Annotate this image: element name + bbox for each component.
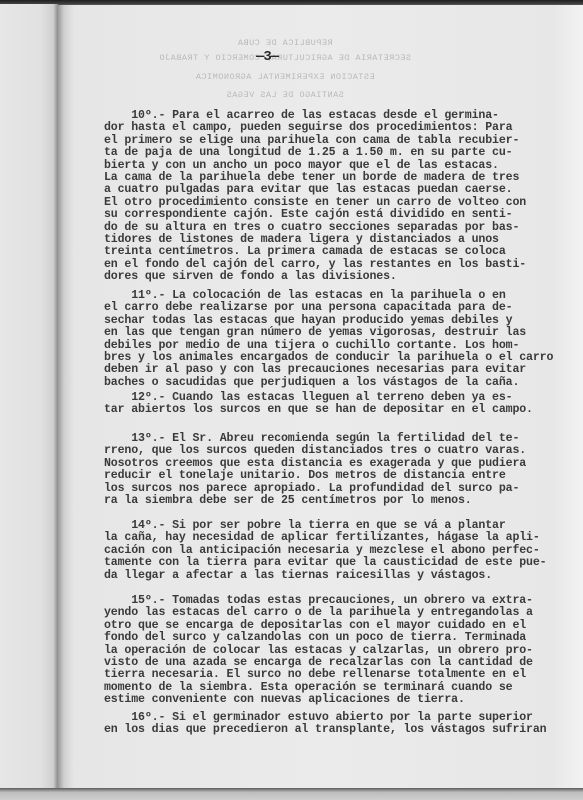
paragraph-13: 13º.- El Sr. Abreu recomienda según la f…: [104, 433, 546, 507]
paragraph-12: 12º.- Cuando las estacas lleguen al terr…: [104, 392, 546, 417]
paragraph-15: 15º.- Tomadas todas estas precauciones, …: [104, 595, 546, 707]
paragraph-16: 16º.- Si el germinador estuvo abierto po…: [104, 712, 546, 737]
paragraph-14: 14º.- Si por ser pobre la tierra en que …: [104, 520, 546, 582]
text-line: da llegar a afectar a las tiernas raices…: [104, 570, 546, 582]
scan-bottom-edge: [0, 788, 583, 800]
text-line: reducir el tonelaje unitario. Dos metros…: [104, 470, 546, 482]
letterhead-bleed-line: SECRETARIA DE AGRICULTURA, COMERCIO Y TR…: [150, 53, 420, 63]
text-line: dores que sirven de fondo a las division…: [104, 271, 546, 283]
text-line: ta de paja de una longitud de 1.25 a 1.5…: [104, 147, 546, 159]
text-line: la caña, hay necesidad de aplicar fertil…: [104, 532, 546, 544]
facing-page-edge: [0, 4, 58, 790]
text-line: su correspondiente cajón. Este cajón est…: [104, 209, 546, 221]
text-line: tierra necesaria. El surco no debe relle…: [104, 669, 546, 681]
letterhead-bleed-line: REPUBLICA DE CUBA: [150, 38, 420, 48]
text-line: estime conveniente con nuevas aplicacion…: [104, 694, 546, 706]
paragraph-11: 11º.- La colocación de las estacas en la…: [104, 290, 546, 389]
text-line: tar abiertos los surcos en que se han de…: [104, 404, 546, 416]
text-line: ra la siembra debe ser de 25 centímetros…: [104, 495, 546, 507]
text-line: tamente con la tierra para evitar que la…: [104, 557, 546, 569]
text-line: en los dias que precedieron al transplan…: [104, 724, 546, 736]
text-line: en las que tengan gran número de yemas v…: [104, 327, 546, 339]
text-line: el carro debe realizarse por una persona…: [104, 302, 546, 314]
text-line: rreno, que los surcos queden distanciado…: [104, 445, 546, 457]
text-line: baches o sacudidas que perjudiquen a los…: [104, 377, 546, 389]
page-number: —3—: [256, 49, 278, 65]
text-line: yendo las estacas del carro o de la pari…: [104, 607, 546, 619]
text-line: a cuatro pulgadas para evitar que las es…: [104, 184, 546, 196]
text-line: treinta centímetros. La primera camada d…: [104, 246, 546, 258]
text-line: dor hasta el campo, pueden seguirse dos …: [104, 122, 546, 134]
letterhead-bleed-line: ESTACION EXPERIMENTAL AGRONOMICA: [150, 72, 420, 82]
paragraph-10: 10º.- Para el acarreo de las estacas des…: [104, 110, 546, 284]
text-line: fondo del surco y calzandolas con un poc…: [104, 632, 546, 644]
text-line: deben ir al paso y con las precauciones …: [104, 364, 546, 376]
letterhead-bleed-line: SANTIAGO DE LAS VEGAS: [150, 90, 420, 100]
